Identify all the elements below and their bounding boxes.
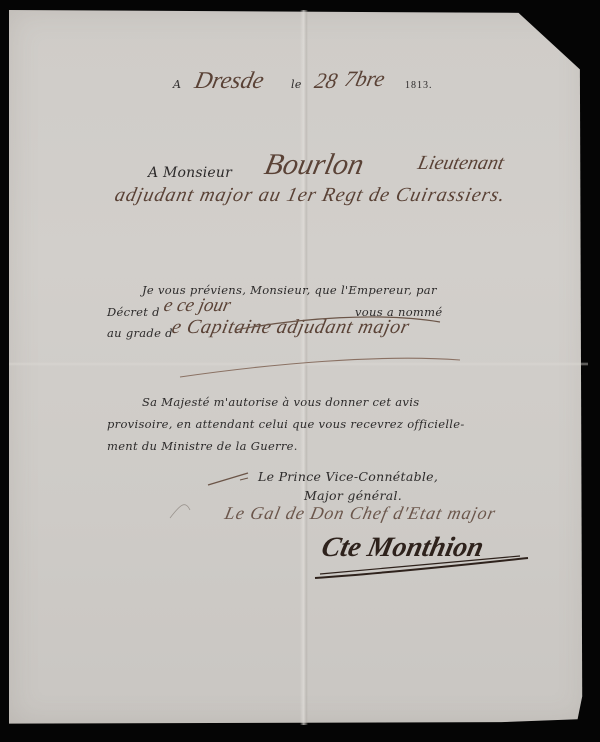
- pencil-mark: [170, 505, 190, 518]
- separator-stroke: [180, 358, 460, 377]
- decree-flourish-line: [235, 317, 440, 330]
- initial-stroke: [240, 478, 248, 480]
- signature-underline: [320, 556, 520, 574]
- pen-strokes: [0, 0, 600, 742]
- signature-underline: [315, 558, 528, 578]
- document-scan: A Dresde le 28 7bre 1813. A Monsieur Bou…: [0, 0, 600, 742]
